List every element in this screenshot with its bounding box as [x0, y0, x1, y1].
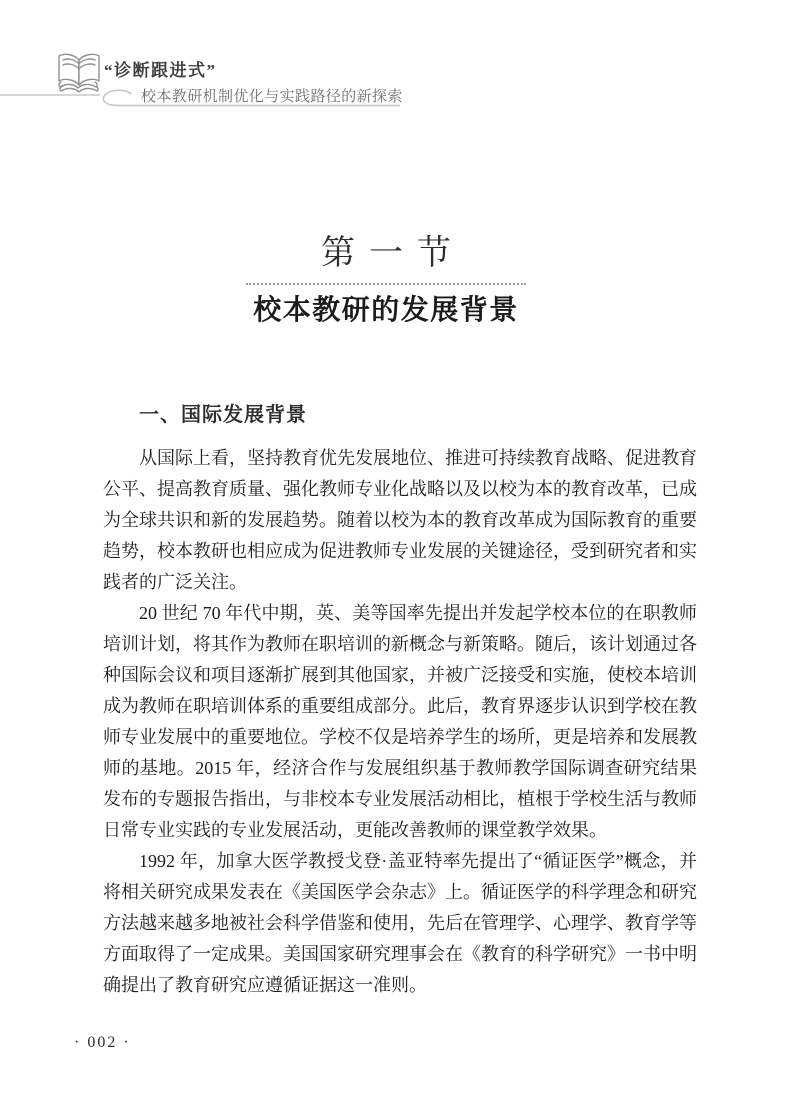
subsection-heading: 一、国际发展背景 [103, 403, 697, 427]
section-dotted-rule [246, 283, 526, 285]
open-book-icon [54, 52, 104, 96]
section-title: 校本教研的发展背景 [0, 294, 772, 326]
paragraph-1: 从国际上看，坚持教育优先发展地位、推进可持续教育战略、促进教育公平、提高教育质量… [103, 443, 697, 598]
book-page: “诊断跟进式” 校本教研机制优化与实践路径的新探索 第一节 校本教研的发展背景 … [0, 0, 799, 1118]
page-number: · 002 · [74, 1034, 131, 1052]
header-series-title: “诊断跟进式” [104, 56, 217, 81]
section-number: 第一节 [0, 235, 772, 272]
body-content: 一、国际发展背景 从国际上看，坚持教育优先发展地位、推进可持续教育战略、促进教育… [103, 403, 697, 1001]
paragraph-3: 1992 年，加拿大医学教授戈登·盖亚特率先提出了“循证医学”概念，并将相关研究… [103, 846, 697, 1001]
section-head: 第一节 校本教研的发展背景 [0, 235, 772, 326]
header-book-subtitle: 校本教研机制优化与实践路径的新探索 [141, 85, 403, 106]
paragraph-2: 20 世纪 70 年代中期，英、美等国率先提出并发起学校本位的在职教师培训计划，… [103, 598, 697, 846]
